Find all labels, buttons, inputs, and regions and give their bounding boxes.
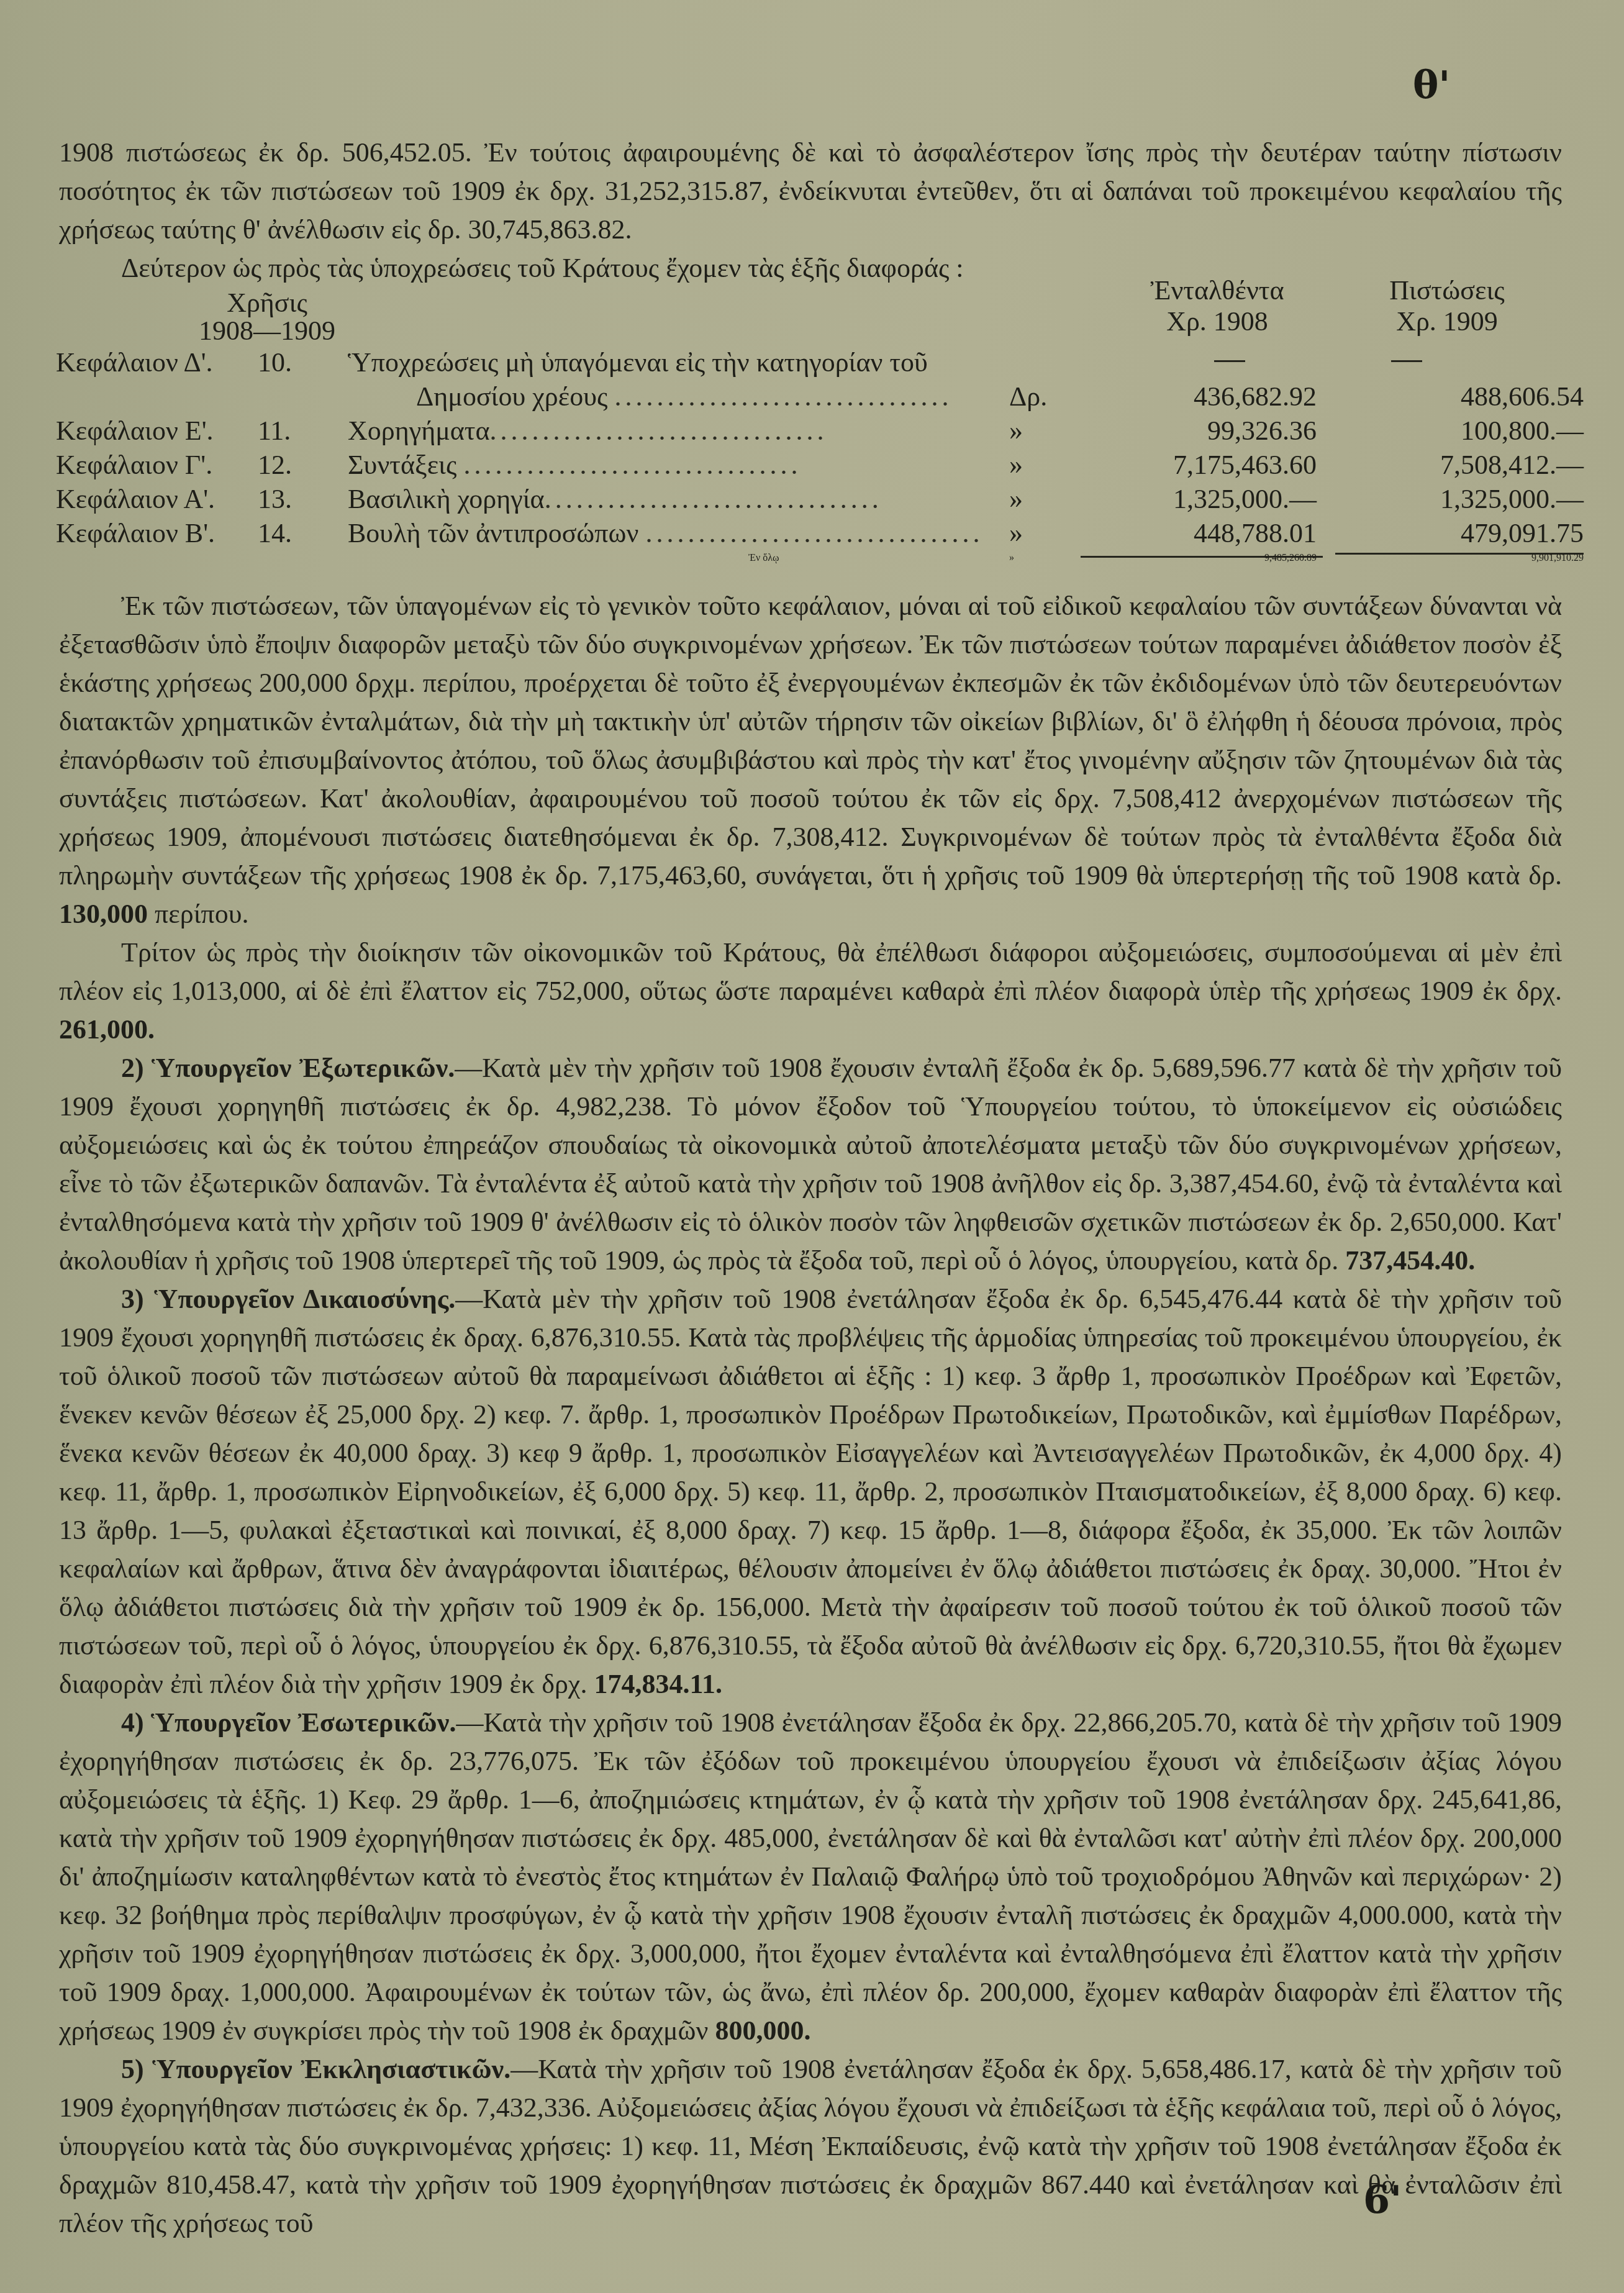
page-marker-bottom: 6' <box>1363 2177 1402 2222</box>
number-cell: 10. <box>258 345 292 381</box>
table-row: Κεφάλαιον Δ'. 10. Ὑποχρεώσεις μὴ ὑπαγόμε… <box>56 345 1571 381</box>
number-cell: 12. <box>258 447 292 483</box>
value-1908: 7,175,463.60 <box>1062 447 1317 483</box>
emphasized-amount: 261,000. <box>59 1014 155 1045</box>
pensions-paragraph: Ἐκ τῶν πιστώσεων, τῶν ὑπαγομένων εἰς τὸ … <box>59 587 1562 933</box>
section-heading: 2) Ὑπουργεῖον Ἐξωτερικῶν. <box>121 1053 455 1083</box>
chapter-cell: Κεφάλαιον Α'. <box>56 481 215 517</box>
unit-cell: » <box>1009 413 1023 449</box>
section-heading: 5) Ὑπουργεῖον Ἐκκλησιαστικῶν. <box>121 2054 510 2084</box>
number-cell: 11. <box>258 413 291 449</box>
description-cell: Χορηγήματα..............................… <box>348 413 828 449</box>
paragraph-text: περίπου. <box>148 899 249 929</box>
unit-cell: » <box>1009 481 1023 517</box>
header-years: 1908—1909 <box>161 314 373 348</box>
description-text: Δημοσίου χρέους <box>416 381 607 412</box>
leader-dots: ................................ <box>614 381 952 412</box>
intro-paragraph: 1908 πιστώσεως ἐκ δρ. 506,452.05. Ἐν τού… <box>59 134 1562 249</box>
unit-cell: Δρ. <box>1009 379 1047 415</box>
description-continuation: Δημοσίου χρέους ........................… <box>416 379 952 415</box>
emphasized-amount: 737,454.40. <box>1345 1245 1475 1276</box>
description-text: Βασιλικὴ χορηγία <box>348 484 545 514</box>
value-1909: 100,800.— <box>1335 413 1584 449</box>
table-row: Κεφάλαιον Γ'. 12. Συντάξεις ............… <box>56 447 1571 483</box>
section-ecclesiastical: 5) Ὑπουργεῖον Ἐκκλησιαστικῶν.—Κατὰ τὴν χ… <box>59 2050 1562 2243</box>
value-1909: 488,606.54 <box>1335 379 1584 415</box>
paragraph-text: —Κατὰ μὲν τὴν χρῆσιν τοῦ 1908 ἐνετάλησαν… <box>59 1284 1562 1699</box>
total-1908: 9,485,260.89 <box>1062 540 1317 576</box>
chapter-cell: Κεφάλαιον Γ'. <box>56 447 212 483</box>
description-cell: Ὑποχρεώσεις μὴ ὑπαγόμεναι εἰς τὴν κατηγο… <box>348 345 928 381</box>
paragraph-text: Τρίτον ὡς πρὸς τὴν διοίκησιν τῶν οἰκονομ… <box>59 937 1562 1006</box>
obligations-table: Χρῆσις 1908—1909 Ἐνταλθέντα Χρ. 1908 Πισ… <box>56 273 1571 571</box>
value-1908: 436,682.92 <box>1062 379 1317 415</box>
description-text: Συντάξεις <box>348 450 456 480</box>
total-label: Ἐν ὅλῳ <box>748 540 779 576</box>
emphasized-amount: 174,834.11. <box>594 1669 722 1699</box>
intro-block: 1908 πιστώσεως ἐκ δρ. 506,452.05. Ἐν τού… <box>59 134 1562 288</box>
number-cell: 13. <box>258 481 292 517</box>
header-xr-1908: Χρ. 1908 <box>1105 304 1329 339</box>
emphasized-amount: 130,000 <box>59 899 148 929</box>
section-foreign-affairs: 2) Ὑπουργεῖον Ἐξωτερικῶν.—Κατὰ μὲν τὴν χ… <box>59 1049 1562 1280</box>
value-1909: 7,508,412.— <box>1335 447 1584 483</box>
unit-cell: » <box>1009 447 1023 483</box>
value-1909: 1,325,000.— <box>1335 481 1584 517</box>
description-cell: Συντάξεις ..............................… <box>348 447 801 483</box>
table-row: Κεφάλαιον Α'. 13. Βασιλικὴ χορηγία......… <box>56 481 1571 517</box>
leader-dots: ................................ <box>490 415 828 446</box>
paragraph-text: —Κατὰ μὲν τὴν χρῆσιν τοῦ 1908 ἔχουσιν ἐν… <box>59 1053 1562 1276</box>
body-block: Ἐκ τῶν πιστώσεων, τῶν ὑπαγομένων εἰς τὸ … <box>59 587 1562 2243</box>
description-text: Χορηγήματα <box>348 415 490 446</box>
paragraph-text: —Κατὰ τὴν χρῆσιν τοῦ 1908 ἐνετάλησαν ἔξο… <box>59 1707 1562 2046</box>
chapter-cell: Κεφάλαιον Δ'. <box>56 345 213 381</box>
chapter-cell: Κεφάλαιον Ε'. <box>56 413 214 449</box>
value-1908: 1,325,000.— <box>1062 481 1317 517</box>
finance-admin-paragraph: Τρίτον ὡς πρὸς τὴν διοίκησιν τῶν οἰκονομ… <box>59 933 1562 1049</box>
description-cell: Βασιλικὴ χορηγία........................… <box>348 481 882 517</box>
table-row: Κεφάλαιον Ε'. 11. Χορηγήματα............… <box>56 413 1571 449</box>
total-1909: 9,901,910.29 <box>1335 540 1584 576</box>
section-interior: 4) Ὑπουργεῖον Ἐσωτερικῶν.—Κατὰ τὴν χρῆσι… <box>59 1704 1562 2050</box>
section-heading: 3) Ὑπουργεῖον Δικαιοσύνης. <box>121 1284 455 1314</box>
total-unit: » <box>1009 540 1014 576</box>
paragraph-text: Ἐκ τῶν πιστώσεων, τῶν ὑπαγομένων εἰς τὸ … <box>59 591 1562 891</box>
header-entalthenta: Ἐνταλθέντα <box>1105 273 1329 308</box>
section-heading: 4) Ὑπουργεῖον Ἐσωτερικῶν. <box>121 1707 456 1738</box>
total-row: Ἐν ὅλῳ » 9,485,260.89 9,901,910.29 <box>56 540 1571 576</box>
table-row: Δημοσίου χρέους ........................… <box>56 379 1571 415</box>
leader-dots: ................................ <box>545 484 882 514</box>
page-marker-top: θ' <box>1413 62 1450 107</box>
emphasized-amount: 800,000. <box>715 2015 810 2046</box>
section-justice: 3) Ὑπουργεῖον Δικαιοσύνης.—Κατὰ μὲν τὴν … <box>59 1280 1562 1704</box>
value-1908: 99,326.36 <box>1062 413 1317 449</box>
leader-dots: ................................ <box>463 450 801 480</box>
header-pistoseis: Πιστώσεις <box>1335 273 1559 308</box>
header-xr-1909: Χρ. 1909 <box>1335 304 1559 339</box>
